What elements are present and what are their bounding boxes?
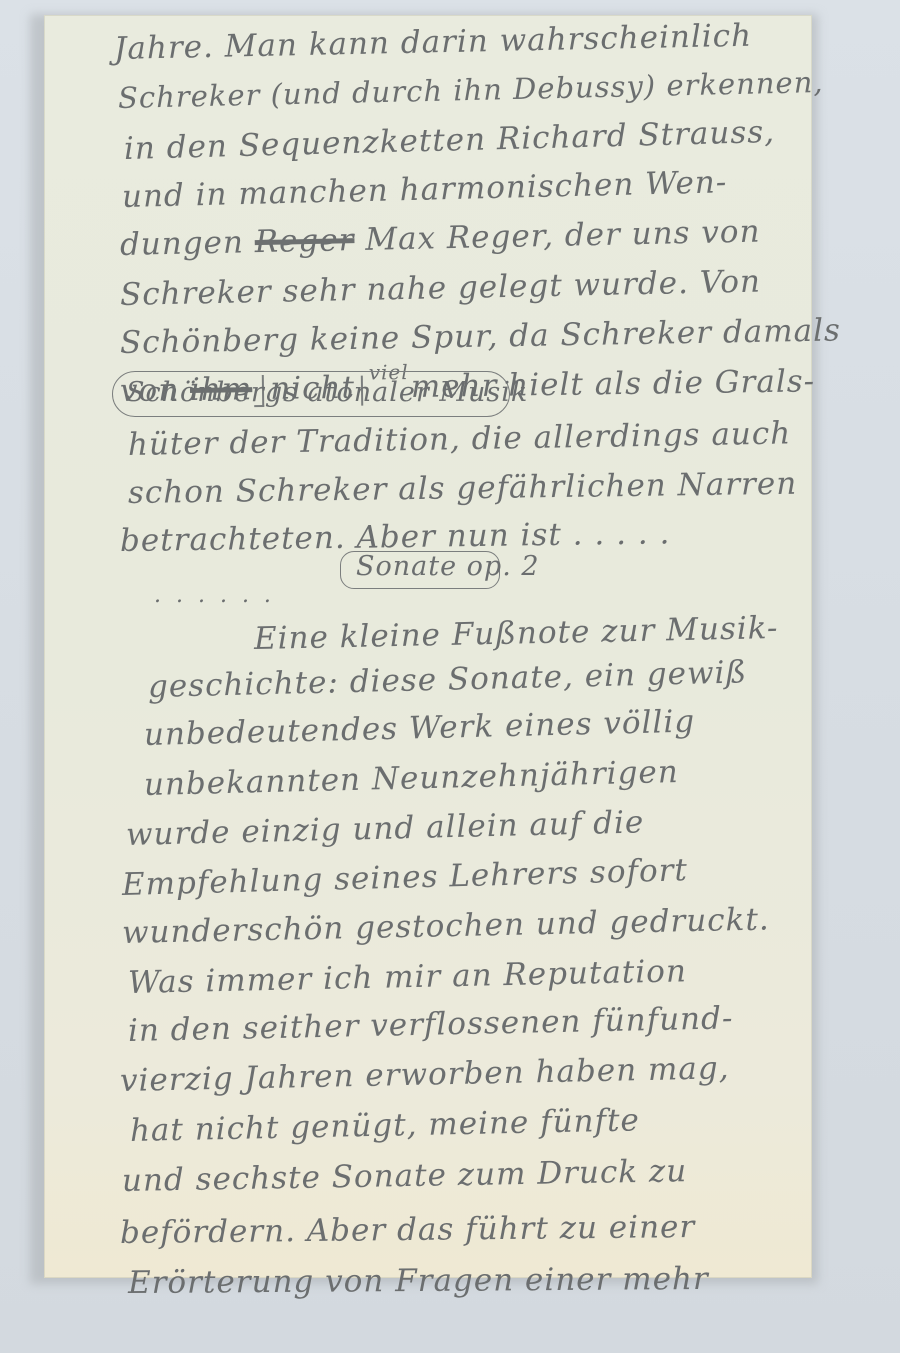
manuscript-line-15: geschichte: diese Sonate, ein gewiß — [148, 654, 748, 705]
manuscript-page: Jahre. Man kann darin wahrscheinlich Sch… — [44, 15, 812, 1278]
line-5-post: Max Reger, der uns von — [354, 214, 761, 258]
manuscript-line-11: schon Schreker als gefährlichen Narren — [128, 466, 798, 511]
struck-word: Reger — [254, 222, 354, 260]
manuscript-line-27: Erörterung von Fragen einer mehr — [128, 1261, 709, 1301]
section-heading: Sonate op. 2 — [356, 551, 540, 582]
manuscript-line-23: vierzig Jahren erworben haben mag, — [120, 1050, 730, 1099]
manuscript-line-3: in den Sequenzketten Richard Strauss, — [124, 114, 776, 167]
manuscript-line-22: in den seither verflossenen fünfund- — [128, 1000, 734, 1049]
manuscript-line-19: Empfehlung seines Lehrers sofort — [122, 852, 689, 903]
manuscript-line-7: Schönberg keine Spur, da Schreker damals — [120, 312, 842, 361]
manuscript-line-17: unbekannten Neunzehnjährigen — [144, 754, 680, 803]
manuscript-line-10: hüter der Tradition, die allerdings auch — [128, 415, 792, 463]
manuscript-line-9: Schönbergs atonaler Musik — [126, 377, 528, 408]
manuscript-line-4: und in manchen harmonischen Wen- — [122, 164, 728, 215]
manuscript-line-1: Jahre. Man kann darin wahrscheinlich — [114, 18, 753, 67]
manuscript-line-26: befördern. Aber das führt zu einer — [120, 1209, 696, 1251]
manuscript-line-25: und sechste Sonate zum Druck zu — [122, 1153, 688, 1199]
manuscript-line-16: unbedeutendes Werk eines völlig — [144, 704, 696, 753]
manuscript-line-24: hat nicht genügt, meine fünfte — [130, 1102, 641, 1149]
line-5-pre: dungen — [120, 224, 256, 263]
manuscript-line-14: Eine kleine Fußnote zur Musik- — [254, 610, 779, 657]
manuscript-line-2: Schreker (und durch ihn Debussy) erkenne… — [118, 65, 824, 115]
manuscript-line-ellipsis: . . . . . . — [154, 583, 275, 608]
manuscript-line-20: wunderschön gestochen und gedruckt. — [122, 901, 770, 951]
manuscript-line-21: Was immer ich mir an Reputation — [128, 953, 688, 1001]
manuscript-line-5: dungen Reger Max Reger, der uns von — [120, 214, 761, 263]
manuscript-line-6: Schreker sehr nahe gelegt wurde. Von — [120, 264, 762, 313]
manuscript-line-18: wurde einzig und allein auf die — [126, 804, 645, 853]
